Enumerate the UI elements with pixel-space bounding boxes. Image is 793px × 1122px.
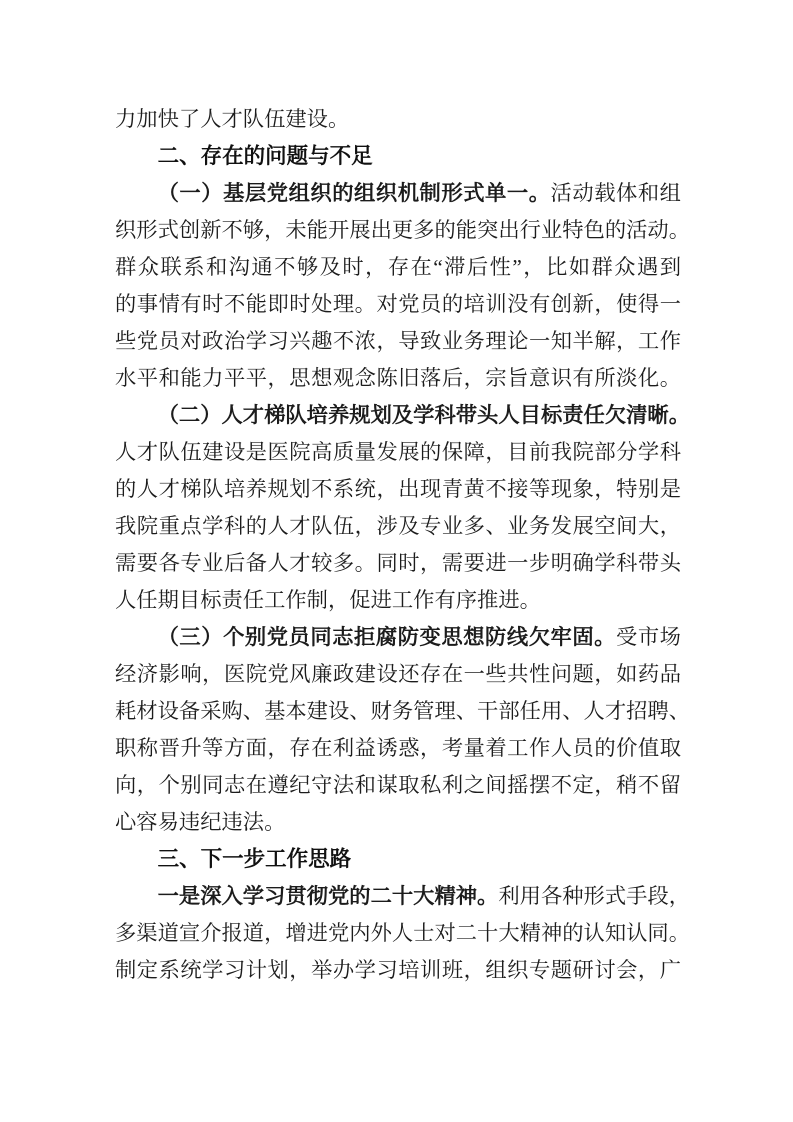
text-run: 织形式创新不够，未能开展出更多的能突出行业特色的活动。: [115, 218, 690, 242]
text-line: 经济影响，医院党风廉政建设还存在一些共性问题，如药品: [115, 656, 681, 693]
text-line: 水平和能力平平，思想观念陈旧落后，宗旨意识有所淡化。: [115, 360, 681, 397]
text-line: （二）人才梯队培养规划及学科带头人目标责任欠清晰。: [115, 397, 681, 434]
text-run: 心容易违纪违法。: [115, 810, 285, 834]
text-line: 人才队伍建设是医院高质量发展的保障，目前我院部分学科: [115, 434, 681, 471]
text-line: 织形式创新不够，未能开展出更多的能突出行业特色的活动。: [115, 212, 681, 249]
text-run: 三、下一步工作思路: [158, 847, 352, 871]
text-run: 的人才梯队培养规划不系统，出现青黄不接等现象，特别是: [115, 477, 681, 501]
text-line: 制定系统学习计划，举办学习培训班，组织专题研讨会，广: [115, 952, 681, 989]
text-run: 力加快了人才队伍建设。: [115, 107, 349, 131]
text-run: 向，个别同志在遵纪守法和谋取私利之间摇摆不定，稍不留: [115, 773, 681, 797]
text-line: 向，个别同志在遵纪守法和谋取私利之间摇摆不定，稍不留: [115, 767, 681, 804]
text-run: 制定系统学习计划，举办学习培训班，组织专题研讨会，广: [115, 958, 681, 982]
text-run: 受市场: [616, 625, 681, 649]
document-body-text: 力加快了人才队伍建设。二、存在的问题与不足（一）基层党组织的组织机制形式单一。活…: [115, 101, 681, 989]
text-run: 多渠道宣介报道，增进党内外人士对二十大精神的认知认同。: [115, 921, 690, 945]
text-line: 职称晋升等方面，存在利益诱惑，考量着工作人员的价值取: [115, 730, 681, 767]
text-line: 需要各专业后备人才较多。同时，需要进一步明确学科带头: [115, 545, 681, 582]
text-run: 人才队伍建设是医院高质量发展的保障，目前我院部分学科: [115, 440, 681, 464]
text-run: 需要各专业后备人才较多。同时，需要进一步明确学科带头: [115, 551, 681, 575]
text-run: 职称晋升等方面，存在利益诱惑，考量着工作人员的价值取: [115, 736, 681, 760]
text-line: 我院重点学科的人才队伍，涉及专业多、业务发展空间大，: [115, 508, 681, 545]
text-line: 力加快了人才队伍建设。: [115, 101, 681, 138]
text-run: 群众联系和沟通不够及时，存在“滞后性”，比如群众遇到: [115, 255, 681, 279]
text-line: 的事情有时不能即时处理。对党员的培训没有创新，使得一: [115, 286, 681, 323]
text-line: 多渠道宣介报道，增进党内外人士对二十大精神的认知认同。: [115, 915, 681, 952]
text-line: 耗材设备采购、基本建设、财务管理、干部任用、人才招聘、: [115, 693, 681, 730]
section-heading: 三、下一步工作思路: [115, 841, 681, 878]
text-line: 些党员对政治学习兴趣不浓，导致业务理论一知半解，工作: [115, 323, 681, 360]
text-run: 二、存在的问题与不足: [158, 144, 373, 168]
text-line: （三）个别党员同志拒腐防变思想防线欠牢固。受市场: [115, 619, 681, 656]
text-line: 的人才梯队培养规划不系统，出现青黄不接等现象，特别是: [115, 471, 681, 508]
text-run: 经济影响，医院党风廉政建设还存在一些共性问题，如药品: [115, 662, 681, 686]
text-run: 些党员对政治学习兴趣不浓，导致业务理论一知半解，工作: [115, 329, 681, 353]
text-run: 利用各种形式手段，: [498, 884, 690, 908]
emphasis-lead-text: （一）基层党组织的组织机制形式单一。: [158, 181, 551, 205]
text-run: 水平和能力平平，思想观念陈旧落后，宗旨意识有所淡化。: [115, 366, 681, 390]
text-run: 人任期目标责任工作制，促进工作有序推进。: [115, 588, 541, 612]
section-heading: 二、存在的问题与不足: [115, 138, 681, 175]
text-run: 我院重点学科的人才队伍，涉及专业多、业务发展空间大，: [115, 514, 681, 538]
text-line: （一）基层党组织的组织机制形式单一。活动载体和组: [115, 175, 681, 212]
text-run: 的事情有时不能即时处理。对党员的培训没有创新，使得一: [115, 292, 681, 316]
text-line: 心容易违纪违法。: [115, 804, 681, 841]
emphasis-lead-text: 一是深入学习贯彻党的二十大精神。: [158, 884, 499, 908]
text-line: 群众联系和沟通不够及时，存在“滞后性”，比如群众遇到: [115, 249, 681, 286]
text-line: 人任期目标责任工作制，促进工作有序推进。: [115, 582, 681, 619]
emphasis-lead-text: （二）人才梯队培养规划及学科带头人目标责任欠清晰。: [158, 403, 690, 427]
emphasis-lead-text: （三）个别党员同志拒腐防变思想防线欠牢固。: [158, 625, 616, 649]
text-line: 一是深入学习贯彻党的二十大精神。利用各种形式手段，: [115, 878, 681, 915]
text-run: 活动载体和组: [551, 181, 681, 205]
text-run: 耗材设备采购、基本建设、财务管理、干部任用、人才招聘、: [115, 699, 690, 723]
document-page: 力加快了人才队伍建设。二、存在的问题与不足（一）基层党组织的组织机制形式单一。活…: [0, 0, 793, 1122]
